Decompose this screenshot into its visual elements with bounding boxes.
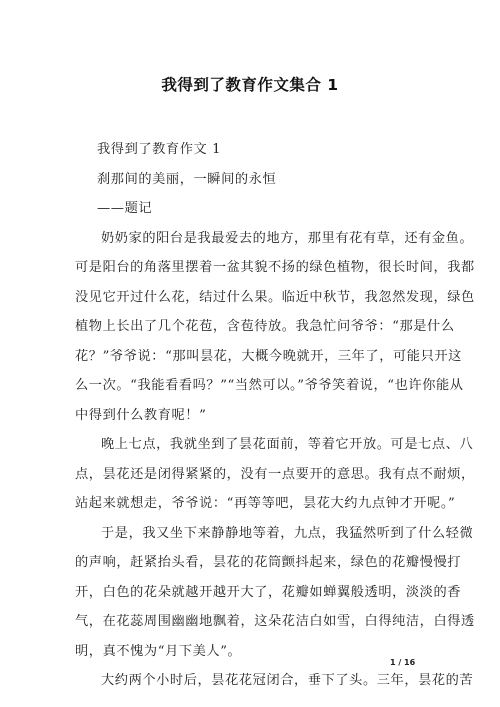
paragraph-line: 的声响，赶紧抬头看，昙花的花筒颤抖起来，绿色的花瓣慢慢打 [75, 548, 433, 578]
line-epigraph: 刹那间的美丽，一瞬间的永恒 [75, 165, 433, 195]
paragraph-line: 可是阳台的角落里摆着一盆其貌不扬的绿色植物，很长时间，我都 [75, 253, 433, 283]
line-subtitle: 我得到了教育作文 1 [75, 135, 433, 165]
paragraph-line: 大约两个小时后，昙花花冠闭合，垂下了头。三年，昙花的苦 [75, 666, 433, 696]
paragraph-line: 于是，我又坐下来静静地等着，九点，我猛然听到了什么轻微 [75, 519, 433, 549]
paragraph-line: 植物上长出了几个花苞，含苞待放。我急忙问爷爷：“那是什么 [75, 312, 433, 342]
paragraph-line: 开，白色的花朵就越开越开大了，花瓣如蝉翼般透明，淡淡的香 [75, 578, 433, 608]
paragraph-line: 中得到什么教育呢！” [75, 401, 433, 431]
paragraph-line: 花？”爷爷说：“那叫昙花，大概今晚就开，三年了，可能只开这 [75, 342, 433, 372]
paragraph-line: 没见它开过什么花，结过什么果。临近中秋节，我忽然发现，绿色 [75, 283, 433, 313]
paragraph-line: 气，在花蕊周围幽幽地飘着，这朵花洁白如雪，白得纯洁，白得透 [75, 607, 433, 637]
paragraph-line: 明，真不愧为“月下美人”。 [75, 637, 433, 667]
document-body: 我得到了教育作文 1 刹那间的美丽，一瞬间的永恒 ——题记 奶奶家的阳台是我最爱… [75, 135, 433, 696]
paragraph-line: 点，昙花还是闭得紧紧的，没有一点要开的意思。我有点不耐烦， [75, 460, 433, 490]
paragraph-line: 奶奶家的阳台是我最爱去的地方，那里有花有草，还有金鱼。 [75, 224, 433, 254]
page-indicator: 1 / 16 [390, 658, 415, 667]
paragraph-line: 晚上七点，我就坐到了昙花面前，等着它开放。可是七点、八 [75, 430, 433, 460]
document-title: 我得到了教育作文集合 1 [0, 73, 500, 95]
paragraph-line: 么一次。“我能看看吗？”“当然可以。”爷爷笑着说，“也许你能从 [75, 371, 433, 401]
paragraph-line: 站起来就想走，爷爷说：“再等等吧，昙花大约九点钟才开呢。” [75, 489, 433, 519]
line-epigraph-attribution: ——题记 [75, 194, 433, 224]
